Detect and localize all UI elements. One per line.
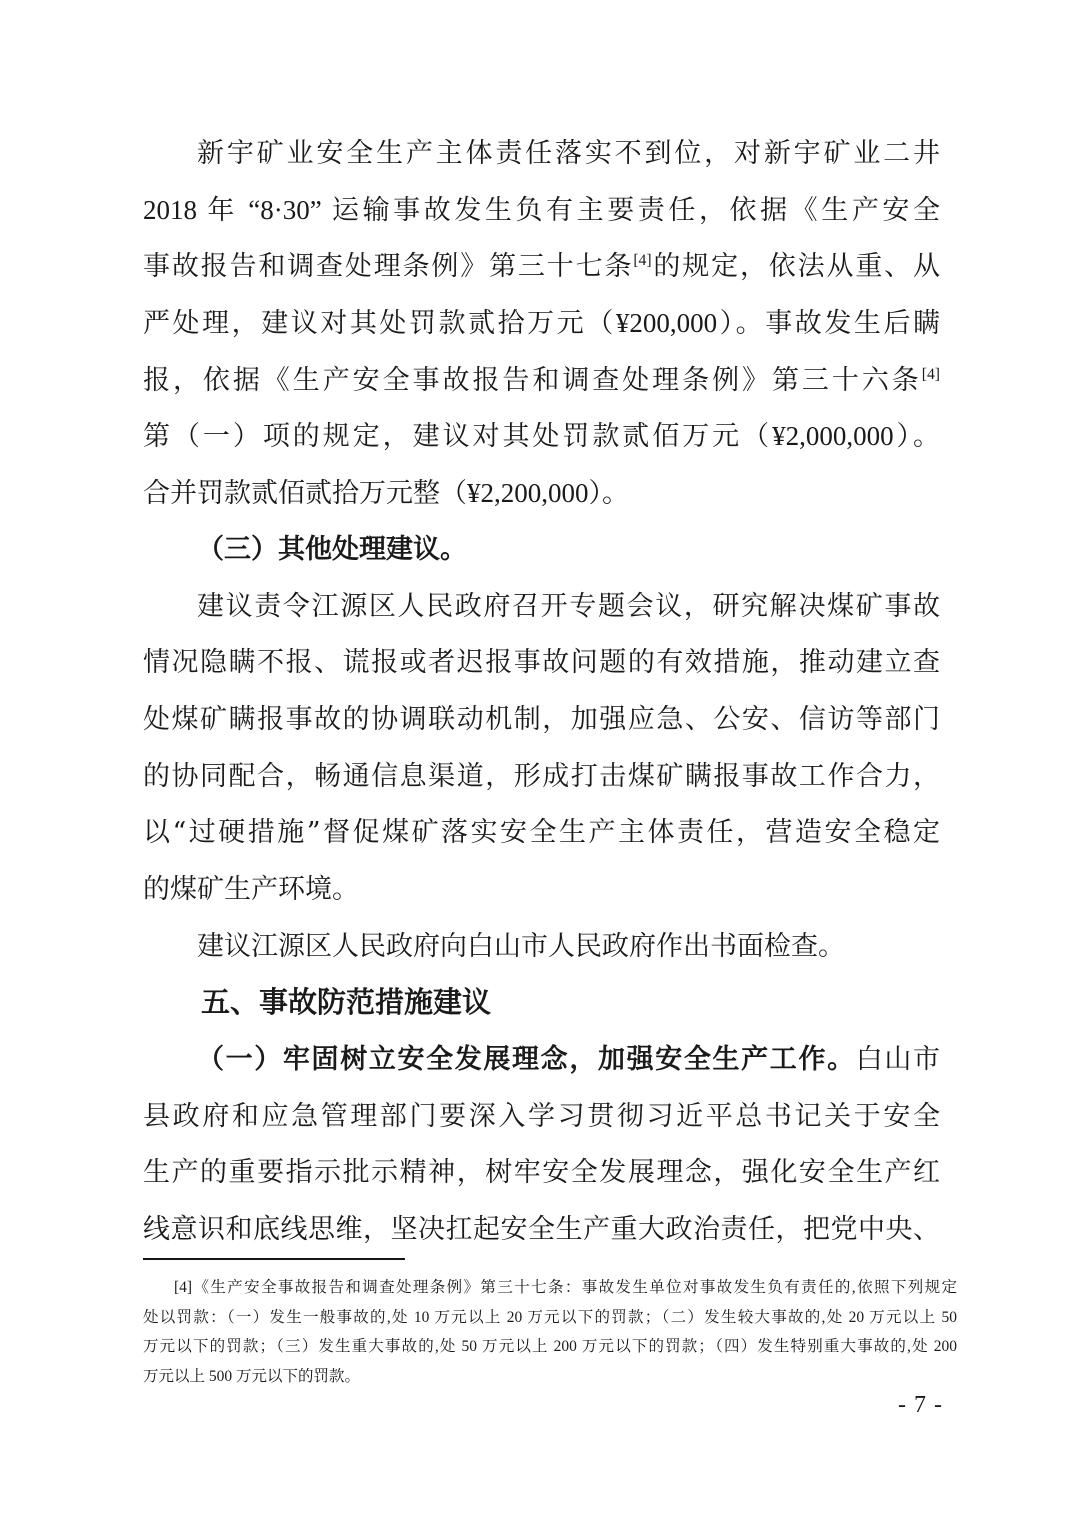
body-text-line: 线意识和底线思维，坚决扛起安全生产重大政治责任，把党中央、 xyxy=(143,1202,940,1259)
footnote-line: 处以罚款：（一）发生一般事故的,处 10 万元以上 20 万元以下的罚款；（二）… xyxy=(143,1303,957,1333)
body-text-line: （三）其他处理建议。 xyxy=(143,522,940,579)
text-segment: 县政府和应急管理部门要深入学习贯彻习近平总书记关于安全 xyxy=(143,1101,940,1132)
body-text-line: 处煤矿瞒报事故的协调联动机制，加强应急、公安、信访等部门 xyxy=(143,692,940,749)
footnote-line: [4]《生产安全事故报告和调查处理条例》第三十七条：事故发生单位对事故发生负有责… xyxy=(143,1273,957,1303)
text-segment: 五、事故防范措施建议 xyxy=(201,987,491,1019)
footnote-ref-marker: [4] xyxy=(922,366,940,383)
body-text-line: 建议江源区人民政府向白山市人民政府作出书面检查。 xyxy=(143,919,940,976)
body-text-line: 五、事故防范措施建议 xyxy=(143,975,940,1032)
body-text-line: 的协同配合，畅通信息渠道，形成打击煤矿瞒报事故工作合力， xyxy=(143,749,940,806)
text-segment: 万元以上 500 万元以下的罚款。 xyxy=(143,1368,360,1385)
text-segment: 新宇矿业安全生产主体责任落实不到位，对新宇矿业二井 xyxy=(197,138,940,168)
text-segment: 生产的重要指示批示精神，树牢安全发展理念，强化安全生产红 xyxy=(143,1157,940,1188)
text-segment: 《生产安全事故报告和调查处理条例》第三十七条： xyxy=(192,1278,582,1296)
body-text-line: 事故报告和调查处理条例》第三十七条[4]的规定，依法从重、从 xyxy=(143,238,940,295)
body-text-line: 第（一）项的规定，建议对其处罚款贰佰万元（¥2,000,000）。 xyxy=(143,408,940,465)
text-segment: （一）牢固树立安全发展理念，加强安全生产工作。 xyxy=(197,1044,856,1075)
footnote: [4]《生产安全事故报告和调查处理条例》第三十七条：事故发生单位对事故发生负有责… xyxy=(143,1273,957,1391)
text-segment: 建议责令江源区人民政府召开专题会议，研究解决煤矿事故 xyxy=(197,591,940,622)
body-text-line: 2018 年 “8·30” 运输事故发生负有主要责任，依据《生产安全 xyxy=(143,182,940,239)
body-text-line: 的煤矿生产环境。 xyxy=(143,862,940,919)
text-segment: 白山市 xyxy=(856,1044,940,1075)
text-segment: 合并罚款贰佰贰拾万元整（¥2,200,000）。 xyxy=(143,478,629,508)
text-segment: 的规定，依法从重、从 xyxy=(652,251,940,281)
body-text-line: 生产的重要指示批示精神，树牢安全发展理念，强化安全生产红 xyxy=(143,1145,940,1202)
footnote-line: 万元以上 500 万元以下的罚款。 xyxy=(143,1362,957,1392)
body-text-line: 县政府和应急管理部门要深入学习贯彻习近平总书记关于安全 xyxy=(143,1089,940,1146)
text-segment: 事故报告和调查处理条例》第三十七条 xyxy=(143,251,633,281)
text-segment: 处煤矿瞒报事故的协调联动机制，加强应急、公安、信访等部门 xyxy=(143,704,940,735)
text-segment: 情况隐瞒不报、谎报或者迟报事故问题的有效措施，推动建立查 xyxy=(143,647,940,678)
text-segment: 严处理，建议对其处罚款贰拾万元（¥200,000）。事故发生后瞒 xyxy=(143,308,940,338)
body-text-line: 严处理，建议对其处罚款贰拾万元（¥200,000）。事故发生后瞒 xyxy=(143,295,940,352)
text-segment: 第（一）项的规定，建议对其处罚款贰佰万元（¥2,000,000）。 xyxy=(143,421,940,451)
body-text-line: （一）牢固树立安全发展理念，加强安全生产工作。白山市 xyxy=(143,1032,940,1089)
text-segment: 线意识和底线思维，坚决扛起安全生产重大政治责任，把党中央、 xyxy=(143,1214,940,1245)
text-segment: 2018 年 “8·30” 运输事故发生负有主要责任，依据《生产安全 xyxy=(143,195,940,225)
body-text-line: 建议责令江源区人民政府召开专题会议，研究解决煤矿事故 xyxy=(143,579,940,636)
body-text-line: 报，依据《生产安全事故报告和调查处理条例》第三十六条[4] xyxy=(143,352,940,409)
text-segment: 报，依据《生产安全事故报告和调查处理条例》第三十六条 xyxy=(143,365,922,395)
page-number: - 7 - xyxy=(898,1392,943,1419)
document-page: 新宇矿业安全生产主体责任落实不到位，对新宇矿业二井2018 年 “8·30” 运… xyxy=(0,0,1080,1527)
body-text-line: 合并罚款贰佰贰拾万元整（¥2,200,000）。 xyxy=(143,465,940,522)
text-segment: [4] xyxy=(174,1279,192,1296)
body-text-line: 新宇矿业安全生产主体责任落实不到位，对新宇矿业二井 xyxy=(143,125,940,182)
text-segment: 的煤矿生产环境。 xyxy=(143,874,359,905)
text-segment: （三）其他处理建议。 xyxy=(197,534,467,565)
text-segment: 的协同配合，畅通信息渠道，形成打击煤矿瞒报事故工作合力， xyxy=(143,761,940,792)
footnote-line: 万元以下的罚款；（三）发生重大事故的,处 50 万元以上 200 万元以下的罚款… xyxy=(143,1332,957,1362)
footnote-separator xyxy=(143,1258,405,1260)
text-segment: 以“过硬措施”督促煤矿落实安全生产主体责任，营造安全稳定 xyxy=(143,817,940,848)
text-segment: 处以罚款：（一）发生一般事故的,处 10 万元以上 20 万元以下的罚款；（二）… xyxy=(143,1309,957,1326)
footnote-ref-marker: [4] xyxy=(633,252,651,269)
document-body: 新宇矿业安全生产主体责任落实不到位，对新宇矿业二井2018 年 “8·30” 运… xyxy=(143,125,940,1259)
body-text-line: 情况隐瞒不报、谎报或者迟报事故问题的有效措施，推动建立查 xyxy=(143,635,940,692)
text-segment: 建议江源区人民政府向白山市人民政府作出书面检查。 xyxy=(197,931,845,962)
text-segment: 万元以下的罚款；（三）发生重大事故的,处 50 万元以上 200 万元以下的罚款… xyxy=(143,1338,957,1355)
text-segment: 事故发生单位对事故发生负有责任的,依照下列规定 xyxy=(582,1279,957,1296)
body-text-line: 以“过硬措施”督促煤矿落实安全生产主体责任，营造安全稳定 xyxy=(143,805,940,862)
